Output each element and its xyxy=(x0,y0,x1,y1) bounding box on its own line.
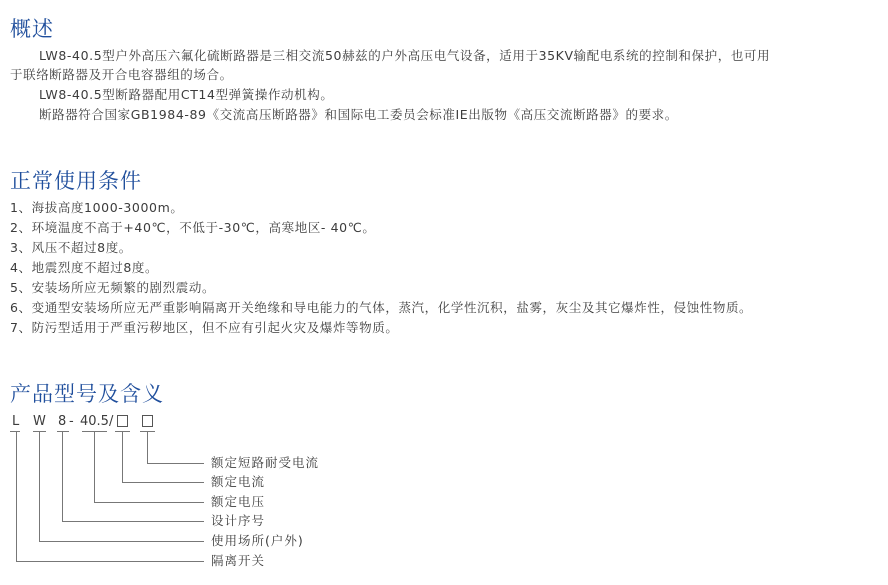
leader-vertical xyxy=(39,431,40,541)
label-rated-current: 额定电流 xyxy=(211,474,265,490)
underline xyxy=(10,431,20,432)
overview-title: 概述 xyxy=(10,13,54,43)
leader-horizontal xyxy=(16,561,204,562)
condition-item: 3、风压不超过8度。 xyxy=(10,239,132,257)
conditions-title: 正常使用条件 xyxy=(10,165,142,195)
code-part-8: 8 xyxy=(58,414,66,429)
condition-item: 6、变通型安装场所应无严重影响隔离开关绝缘和导电能力的气体，蒸汽，化学性沉积，盐… xyxy=(10,299,752,317)
underline xyxy=(57,431,69,432)
label-usage-location: 使用场所(户外) xyxy=(211,533,304,549)
condition-item: 2、环境温度不高于+40℃，不低于-30℃，高寒地区- 40℃。 xyxy=(10,219,375,237)
leader-horizontal xyxy=(94,502,204,503)
leader-vertical xyxy=(122,431,123,482)
code-part-l: L xyxy=(12,414,19,429)
leader-horizontal xyxy=(122,482,204,483)
label-design-number: 设计序号 xyxy=(211,513,265,529)
condition-item: 1、海拔高度1000-3000m。 xyxy=(10,199,183,217)
label-rated-voltage: 额定电压 xyxy=(211,494,265,510)
blank-box-current xyxy=(117,415,128,427)
blank-box-short-circuit xyxy=(142,415,153,427)
overview-paragraph-2: LW8-40.5型断路器配用CT14型弹簧操作动机构。 xyxy=(39,86,333,104)
condition-item: 5、安装场所应无频繁的剧烈震动。 xyxy=(10,279,215,297)
leader-vertical xyxy=(62,431,63,521)
overview-paragraph-3: 断路器符合国家GB1984-89《交流高压断路器》和国际电工委员会标准IE出版物… xyxy=(39,106,678,124)
condition-item: 7、防污型适用于严重污秽地区，但不应有引起火灾及爆炸等物质。 xyxy=(10,319,398,337)
label-short-circuit-current: 额定短路耐受电流 xyxy=(211,455,319,471)
leader-vertical xyxy=(94,431,95,502)
code-part-voltage: 40.5/ xyxy=(80,414,113,429)
leader-vertical xyxy=(16,431,17,561)
condition-item: 4、地震烈度不超过8度。 xyxy=(10,259,158,277)
label-isolating-switch: 隔离开关 xyxy=(211,553,265,569)
code-part-w: W xyxy=(33,414,46,429)
leader-horizontal xyxy=(147,463,204,464)
code-part-dash: - xyxy=(69,414,74,429)
leader-vertical xyxy=(147,431,148,463)
model-title: 产品型号及含义 xyxy=(10,378,164,408)
overview-paragraph-1: LW8-40.5型户外高压六氟化硫断路器是三相交流50赫兹的户外高压电气设备，适… xyxy=(39,47,770,65)
leader-horizontal xyxy=(62,521,204,522)
overview-paragraph-1-cont: 于联络断路器及开合电容器组的场合。 xyxy=(10,66,233,84)
leader-horizontal xyxy=(39,541,204,542)
